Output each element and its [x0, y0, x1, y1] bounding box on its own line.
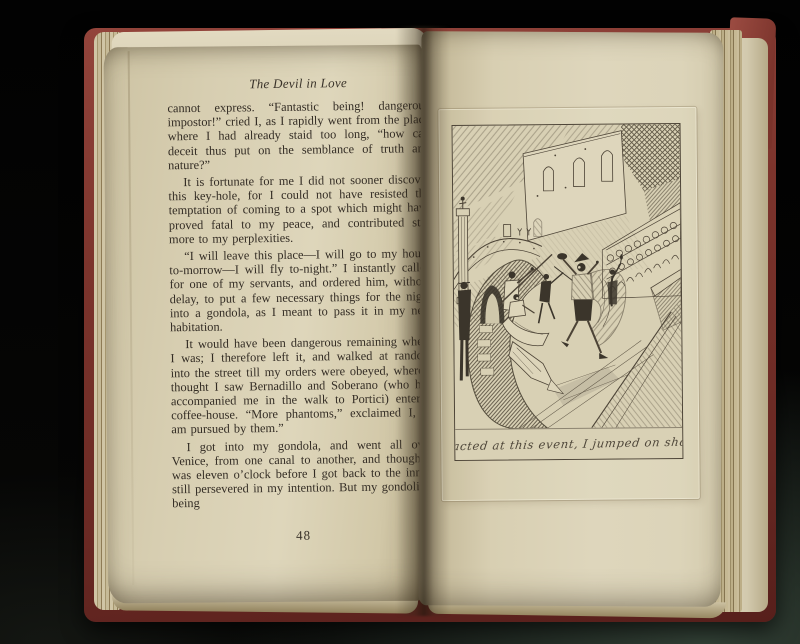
right-page: Distracted at this event, I jumped on sh… [418, 31, 723, 607]
plate-mark: Distracted at this event, I jumped on sh… [438, 107, 699, 501]
illustration-frame: Distracted at this event, I jumped on sh… [452, 123, 684, 461]
page-crease [128, 51, 135, 585]
paragraph: I got into my gondola, and went all over… [171, 437, 434, 511]
running-head: The Devil in Love [167, 74, 429, 93]
paragraph: “I will leave this place—I will go to my… [169, 246, 432, 334]
page-number: 48 [173, 526, 435, 545]
paragraph: It is fortunate for me I did not sooner … [168, 172, 431, 246]
paragraph: cannot express. “Fantastic being! danger… [167, 98, 430, 172]
left-page-text: The Devil in Love cannot express. “Fanta… [167, 74, 435, 545]
left-page: The Devil in Love cannot express. “Fanta… [104, 45, 427, 604]
illustration-caption: Distracted at this event, I jumped on sh… [452, 434, 684, 454]
book-photograph: The Devil in Love cannot express. “Fanta… [0, 0, 800, 644]
paragraph: It would have been dangerous remaining w… [170, 334, 433, 437]
illustration-etching [453, 124, 683, 429]
caption-strip: Distracted at this event, I jumped on sh… [455, 427, 682, 460]
